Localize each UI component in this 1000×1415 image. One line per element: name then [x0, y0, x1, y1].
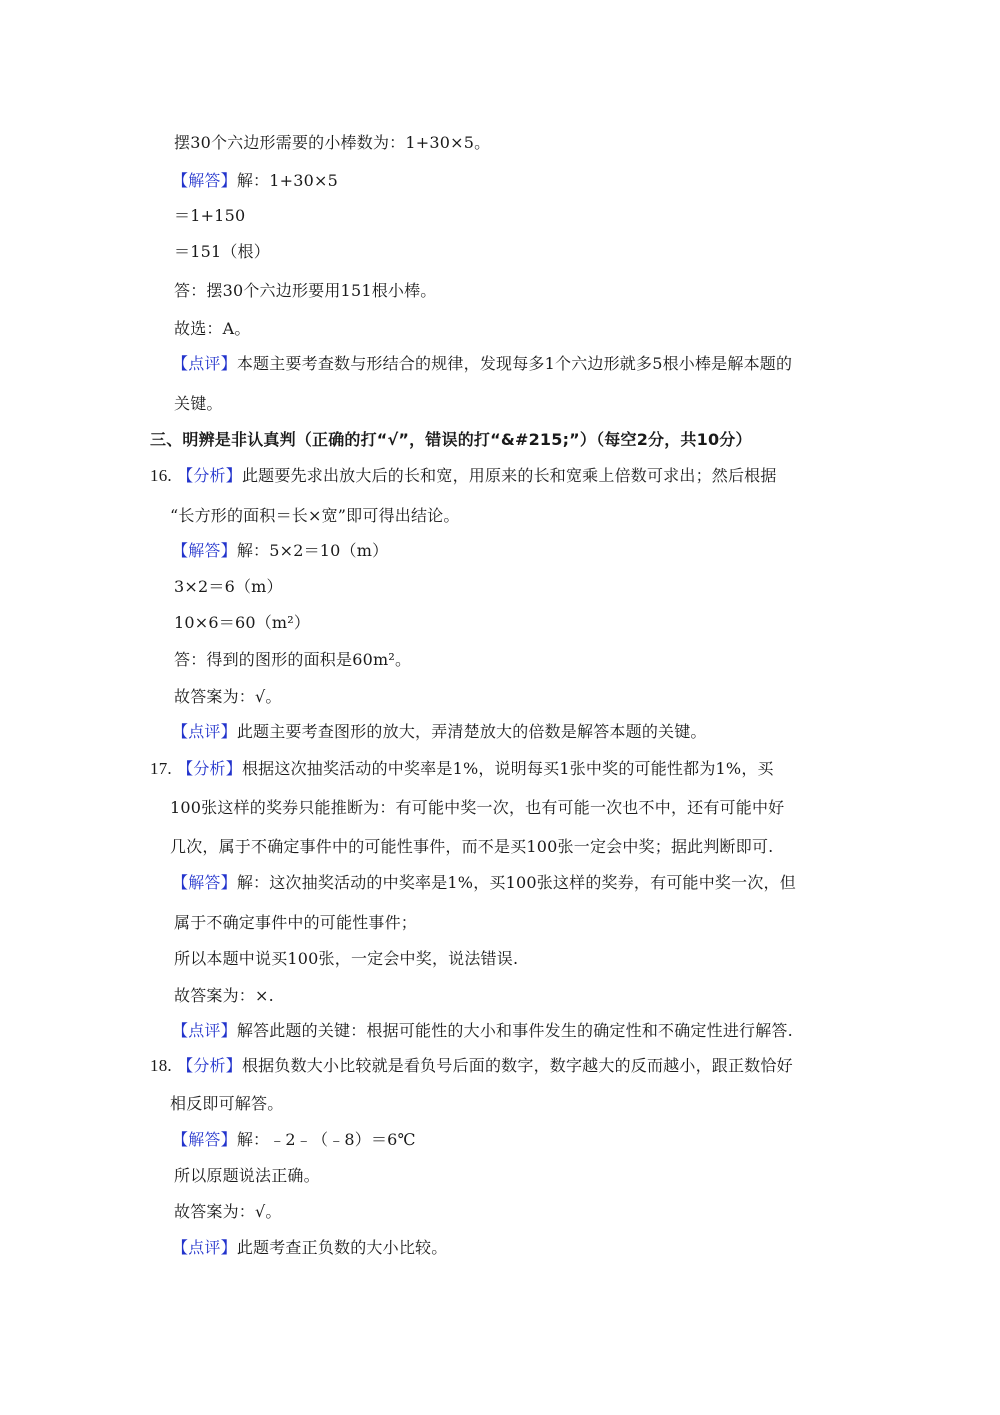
q18-analysis-line-1: 18. 【分析】根据负数大小比较就是看负号后面的数字，数字越大的反而越小，跟正数…: [150, 1055, 793, 1077]
q16-answer-line-2: 3×2＝6（m）: [174, 576, 283, 598]
analysis-tag: 【分析】: [177, 1056, 242, 1075]
answer-tag: 【解答】: [172, 873, 237, 892]
answer-tag: 【解答】: [172, 541, 237, 560]
q16-analysis-line-1: 16. 【分析】此题要先求出放大后的长和宽，用原来的长和宽乘上倍数可求出；然后根…: [150, 465, 777, 487]
comment-tag: 【点评】: [172, 722, 237, 741]
q18-comment-line-1: 【点评】此题考查正负数的大小比较。: [172, 1237, 447, 1259]
q16-answer-line-4: 答：得到的图形的面积是60m²。: [174, 649, 411, 671]
q17-answer-line-2: 属于不确定事件中的可能性事件；: [174, 912, 417, 934]
prev-answer-line-4: 答：摆30个六边形要用151根小棒。: [174, 280, 437, 302]
answer-text: 解：﹣2﹣（﹣8）＝6℃: [237, 1130, 416, 1149]
prev-answer-line-3: ＝151（根）: [174, 241, 270, 263]
q16-comment-line-1: 【点评】此题主要考查图形的放大，弄清楚放大的倍数是解答本题的关键。: [172, 721, 707, 743]
question-number: 18.: [150, 1056, 172, 1075]
answer-tag: 【解答】: [172, 1130, 237, 1149]
answer-text: 解：1+30×5: [237, 171, 338, 190]
q17-analysis-line-2: 100张这样的奖券只能推断为：有可能中奖一次，也有可能一次也不中，还有可能中好: [170, 797, 784, 819]
analysis-text: 此题要先求出放大后的长和宽，用原来的长和宽乘上倍数可求出；然后根据: [242, 466, 777, 485]
q17-answer-line-3: 所以本题中说买100张，一定会中奖，说法错误.: [174, 948, 518, 970]
analysis-text: 根据这次抽奖活动的中奖率是1%，说明每买1张中奖的可能性都为1%，买: [242, 759, 774, 778]
analysis-tag: 【分析】: [177, 759, 242, 778]
analysis-tag: 【分析】: [177, 466, 242, 485]
prev-intro-line: 摆30个六边形需要的小棒数为：1+30×5。: [174, 132, 490, 154]
answer-text: 解：这次抽奖活动的中奖率是1%，买100张这样的奖券，有可能中奖一次，但: [237, 873, 796, 892]
prev-comment-line-1: 【点评】本题主要考查数与形结合的规律，发现每多1个六边形就多5根小棒是解本题的: [172, 353, 792, 375]
answer-text: 解：5×2＝10（m）: [237, 541, 389, 560]
comment-text: 此题主要考查图形的放大，弄清楚放大的倍数是解答本题的关键。: [237, 722, 707, 741]
q17-analysis-line-1: 17. 【分析】根据这次抽奖活动的中奖率是1%，说明每买1张中奖的可能性都为1%…: [150, 758, 774, 780]
q16-answer-line-3: 10×6＝60（m²）: [174, 612, 310, 634]
question-number: 17.: [150, 759, 172, 778]
comment-tag: 【点评】: [172, 1238, 237, 1257]
comment-text: 此题考查正负数的大小比较。: [237, 1238, 448, 1257]
prev-answer-line-1: 【解答】解：1+30×5: [172, 170, 338, 192]
q18-answer-line-3: 故答案为：√。: [174, 1201, 282, 1223]
q17-analysis-line-3: 几次，属于不确定事件中的可能性事件，而不是买100张一定会中奖；据此判断即可.: [170, 836, 773, 858]
question-number: 16.: [150, 466, 172, 485]
q17-comment-line-1: 【点评】解答此题的关键：根据可能性的大小和事件发生的确定性和不确定性进行解答.: [172, 1020, 793, 1042]
q16-analysis-line-2: “长方形的面积＝长×宽”即可得出结论。: [170, 505, 460, 527]
analysis-text: 根据负数大小比较就是看负号后面的数字，数字越大的反而越小，跟正数恰好: [242, 1056, 793, 1075]
q17-answer-line-1: 【解答】解：这次抽奖活动的中奖率是1%，买100张这样的奖券，有可能中奖一次，但: [172, 872, 796, 894]
comment-text: 解答此题的关键：根据可能性的大小和事件发生的确定性和不确定性进行解答.: [237, 1021, 793, 1040]
comment-tag: 【点评】: [172, 1021, 237, 1040]
prev-comment-line-2: 关键。: [174, 393, 223, 415]
q18-answer-line-2: 所以原题说法正确。: [174, 1165, 320, 1187]
q18-answer-line-1: 【解答】解：﹣2﹣（﹣8）＝6℃: [172, 1129, 416, 1151]
q16-answer-line-5: 故答案为：√。: [174, 686, 282, 708]
q16-answer-line-1: 【解答】解：5×2＝10（m）: [172, 540, 388, 562]
prev-answer-line-2: ＝1+150: [174, 205, 245, 227]
q18-analysis-line-2: 相反即可解答。: [170, 1093, 283, 1115]
prev-answer-line-5: 故选：A。: [174, 318, 251, 340]
comment-text: 本题主要考查数与形结合的规律，发现每多1个六边形就多5根小棒是解本题的: [237, 354, 792, 373]
section-title: 三、明辨是非认真判（正确的打“√”，错误的打“&#215;”）（每空2分，共10…: [150, 429, 752, 451]
comment-tag: 【点评】: [172, 354, 237, 373]
answer-tag: 【解答】: [172, 171, 237, 190]
q17-answer-line-4: 故答案为：×.: [174, 985, 274, 1007]
